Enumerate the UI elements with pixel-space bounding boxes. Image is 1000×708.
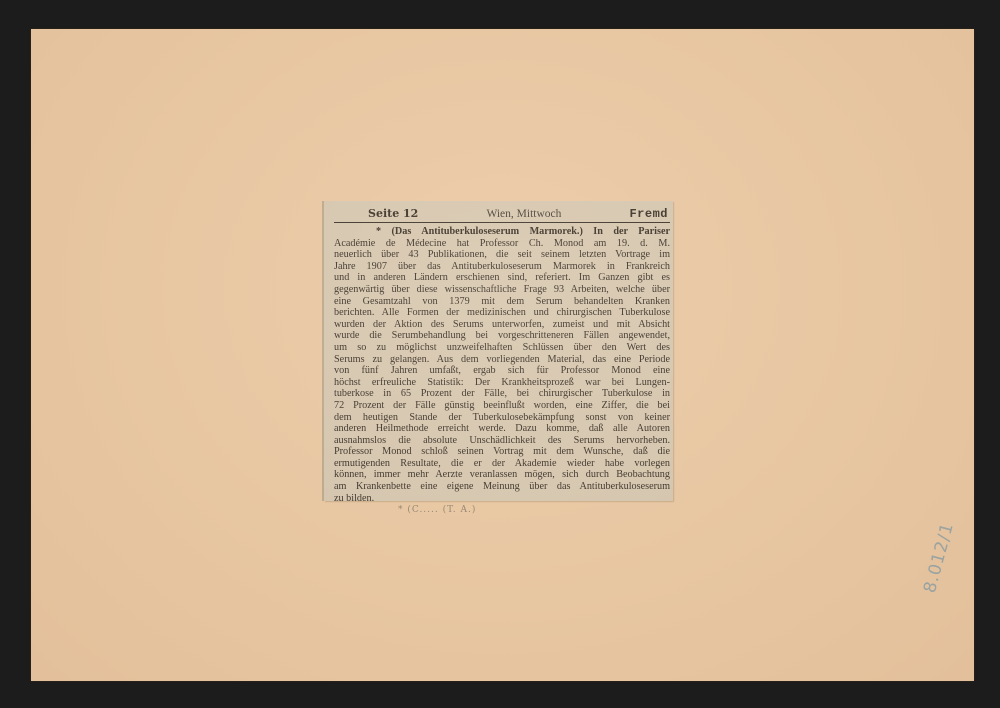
masthead: Seite 12 Wien, Mittwoch Fremd [334,207,670,223]
article-line: um so zu möglichst unzweifelhaften Schlü… [334,342,670,354]
article-line: wurden der Aktion des Serums unterworfen… [334,319,670,331]
article-body: * (Das Antituberkuloseserum Marmorek.) I… [334,226,670,504]
article-line: am Krankenbette eine eigene Meinung über… [334,481,670,493]
mount-sheet: Seite 12 Wien, Mittwoch Fremd * (Das Ant… [31,29,974,681]
article-line: von fünf Jahren umfaßt, ergab sich für P… [334,365,670,377]
article-line: Académie de Médecine hat Professor Ch. M… [334,238,670,250]
trailing-cut-text: * (C..... (T. A.) [334,505,670,515]
article-line: neuerlich über 43 Publikationen, die sei… [334,249,670,261]
article-line: Jahre 1907 über das Antituberkuloseserum… [334,261,670,273]
newspaper-name: Fremd [629,207,668,221]
article-line: zu bilden. [334,493,670,505]
article-line: ausnahmslos die absolute Unschädlichkeit… [334,435,670,447]
article-line: tuberkose in 65 Prozent der Fälle, bei c… [334,388,670,400]
article-line: anderen Heilmethode erreicht werde. Dazu… [334,423,670,435]
article-line: 72 Prozent der Fälle günstig beeinflußt … [334,400,670,412]
article-line: wurde die Serumbehandlung bei vorgeschri… [334,330,670,342]
article-line: und in anderen Ländern erschienen sind, … [334,272,670,284]
article-line: gegenwärtig über diese wissenschaftliche… [334,284,670,296]
place-day: Wien, Mittwoch [486,208,561,220]
article-line: höchst erfreuliche Statistik: Der Krankh… [334,377,670,389]
article-line: eine Gesamtzahl von 1379 mit dem Serum b… [334,296,670,308]
article-line: Professor Monod schloß seinen Vortrag mi… [334,446,670,458]
article-line: ermutigenden Resultate, die er der Akade… [334,458,670,470]
article-headline-line: * (Das Antituberkuloseserum Marmorek.) I… [334,226,670,238]
article-line: berichten. Alle Formen der medizinischen… [334,307,670,319]
page-number: Seite 12 [368,207,418,220]
article-line: dem heutigen Stande der Tuberkulosebekäm… [334,412,670,424]
newspaper-clipping: Seite 12 Wien, Mittwoch Fremd * (Das Ant… [324,201,673,501]
article-line: Serums zu gelangen. Aus dem vorliegenden… [334,354,670,366]
article-line: können, immer mehr Aerzte veranlassen mö… [334,469,670,481]
